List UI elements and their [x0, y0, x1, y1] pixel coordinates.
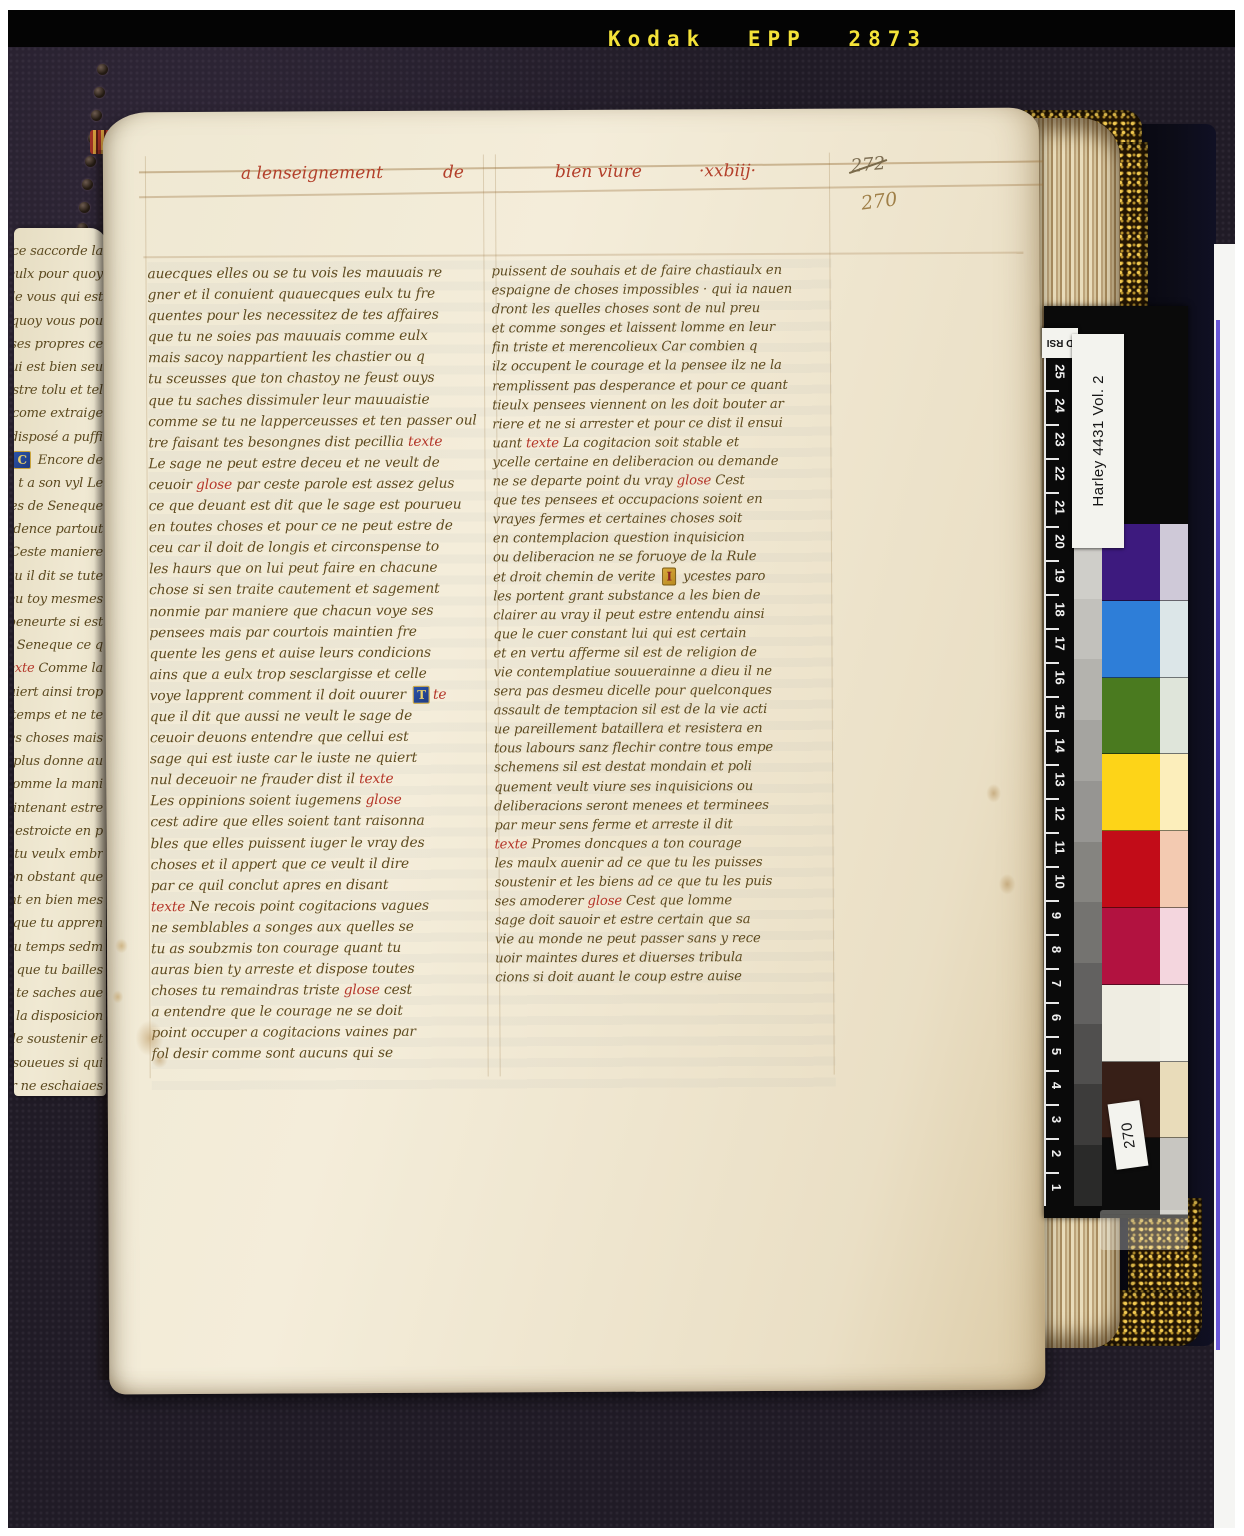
- ink-text: uant: [492, 434, 526, 453]
- grayscale-step: [1074, 902, 1102, 963]
- manuscript-line: pensees mais par courtois maintien fre: [149, 621, 489, 644]
- manuscript-line: Le sage ne peut estre deceu et ne veult …: [148, 452, 488, 475]
- ink-text: remplissent pas desperance et pour ce qu…: [492, 375, 788, 396]
- manuscript-line: Les oppinions soient iugemens glose: [150, 790, 490, 813]
- facing-page-text: a ce saccorde laeulx pour quoyes de vous…: [14, 240, 103, 1090]
- ink-text: es de vous qui est: [14, 286, 103, 309]
- manuscript-line: temps et ne te: [14, 704, 103, 727]
- ruler-tick: 8: [1046, 934, 1076, 968]
- bead: [94, 87, 105, 98]
- manuscript-line: est estroicte en p: [14, 820, 103, 843]
- rubric-word: glose: [677, 471, 712, 490]
- manuscript-line: s prudence partout: [14, 518, 103, 541]
- parchment-stain: [999, 874, 1016, 895]
- manuscript-line: et comme songes et laissent lomme en leu…: [492, 318, 830, 339]
- parchment-stain: [112, 990, 123, 1003]
- ink-text: sage qui est iuste car le iuste ne quier…: [150, 748, 417, 770]
- manuscript-line: fin triste et merencolieux Car combien q: [492, 337, 830, 358]
- ruler-tick: 5: [1046, 1036, 1076, 1070]
- manuscript-line: s ou soueues si qui: [14, 1052, 103, 1075]
- manuscript-line: ce que deuant est dit que le sage est po…: [149, 494, 489, 517]
- manuscript-line: bles que elles puissent iuger le vray de…: [150, 832, 490, 855]
- running-header-part: ·xxbiij·: [699, 161, 756, 181]
- bead: [91, 110, 102, 121]
- ruler-tick: 3: [1046, 1104, 1076, 1138]
- ink-text: t a son vyl Le: [18, 472, 103, 495]
- ink-text: et en vertu afferme sil est de religion …: [493, 643, 756, 663]
- manuscript-line: remplissent pas desperance et pour ce qu…: [492, 375, 830, 396]
- text-column-left: auecques elles ou se tu vois les mauuais…: [147, 262, 491, 1065]
- ink-text: choses et il appert que ce veult il dire: [151, 853, 410, 875]
- running-header-part: a lenseignement: [241, 163, 383, 184]
- ruler-tick: 15: [1046, 696, 1076, 730]
- manuscript-line: ne semblables a songes aux quelles se: [151, 916, 491, 939]
- ink-text: plus donne au: [14, 750, 103, 773]
- manuscript-line: que tu saches dissimuler leur mauuaistie: [148, 389, 488, 412]
- ink-text: sera pas desmeu dicelle pour quelconques: [494, 681, 772, 702]
- manuscript-line: fol desir comme sont aucuns qui se: [152, 1043, 492, 1066]
- ink-text: choses tu remaindras triste: [151, 980, 344, 1002]
- film-label: Kodak EPP 2873: [608, 27, 927, 51]
- manuscript-line: schemens sil est destat mondain et poli: [494, 757, 832, 778]
- ink-text: tu as soubzmis ton courage quant tu: [151, 938, 401, 960]
- ink-text: ceuoir: [149, 475, 197, 496]
- ink-text: auras bien ty arreste et dispose toutes: [151, 959, 415, 981]
- manuscript-line: ne se departe point du vray glose Cest: [493, 471, 831, 492]
- manuscript-line: ue pareillement bataillera et resistera …: [494, 719, 832, 740]
- ruler-number: 11: [1052, 841, 1067, 855]
- ink-text: Comme la: [35, 657, 104, 680]
- color-patch: [1102, 908, 1160, 985]
- manuscript-line: nue que tu bailles: [14, 959, 103, 982]
- ink-text: ces choses mais: [14, 727, 103, 750]
- ink-text: vrayes fermes et certaines choses soit: [493, 509, 742, 529]
- manuscript-line: ose. Ceste maniere: [14, 541, 103, 564]
- ink-text: en toutes choses et pour ce ne peut estr…: [149, 516, 453, 539]
- manuscript-line: par meur sens ferme et arreste il dit: [494, 814, 832, 835]
- ink-text: ou il dit se tute: [14, 565, 103, 588]
- manuscript-line: ceuoir deuons entendre que cellui est: [150, 727, 490, 750]
- folio-number-old: 272: [850, 153, 886, 177]
- grayscale-step: [1074, 1084, 1102, 1145]
- manuscript-line: ilz occupent le courage et la pensee ilz…: [492, 356, 830, 377]
- ruler-number: 6: [1049, 1014, 1064, 1021]
- ink-text: les maulx auenir ad ce que tu les puisse…: [495, 853, 763, 873]
- manuscript-line: ains que a eulx trop sesclargisse et cel…: [150, 663, 490, 686]
- manuscript-line: espaigne de choses impossibles · qui ia …: [492, 280, 830, 301]
- ink-text: Le sage ne peut estre deceu et ne veult …: [148, 453, 439, 476]
- manuscript-line: u come extraige: [14, 402, 103, 425]
- illuminated-initial: T: [413, 686, 430, 704]
- ruler-tick: 19: [1046, 560, 1076, 594]
- ruler-number: 15: [1053, 704, 1068, 718]
- manuscript-line: auras bien ty arreste et dispose toutes: [151, 959, 491, 982]
- pale-color-patch: [1160, 1138, 1188, 1215]
- color-patch: [1102, 678, 1160, 755]
- manuscript-line: que tes pensees et occupacions soient en: [493, 490, 831, 511]
- ruler-number: 3: [1049, 1116, 1064, 1123]
- manuscript-line: maintenant estre: [14, 797, 103, 820]
- ink-text: soustenir et les biens ad ce que tu les …: [495, 872, 773, 893]
- ink-text: cions si doit auant le coup estre auise: [495, 968, 742, 988]
- ruler-tick: 6: [1046, 1002, 1076, 1036]
- ink-text: s prudence partout: [14, 518, 103, 541]
- manuscript-line: comme la mani: [14, 773, 103, 796]
- photo-border: [0, 0, 1244, 10]
- running-header-part: bien viure: [555, 162, 642, 182]
- ink-text: vie contemplatiue souuerainne a dieu il …: [494, 662, 772, 683]
- photo-border: [1235, 0, 1244, 1536]
- pale-color-patch: [1160, 1062, 1188, 1139]
- color-patch: [1102, 985, 1160, 1062]
- ink-text: que tes pensees et occupacions soient en: [493, 490, 763, 511]
- ruler-number: 7: [1049, 980, 1064, 987]
- ruler-number: 1: [1049, 1184, 1064, 1191]
- manuscript-line: t qui est bien seu: [14, 356, 103, 379]
- ink-text: ne se departe point du vray: [493, 471, 677, 491]
- ink-text: ycestes paro: [679, 566, 765, 586]
- ruler-number: 22: [1053, 466, 1068, 480]
- manuscript-line: mouuoir ne eschaiges: [14, 1075, 103, 1090]
- ink-text: que il dit que aussi ne veult le sage de: [150, 706, 412, 728]
- manuscript-line: tu te saches aue: [14, 982, 103, 1005]
- manuscript-line: nul deceuoir ne frauder dist il texte: [150, 769, 490, 792]
- pale-color-patch: [1160, 831, 1188, 908]
- rubric-word: texte: [14, 657, 35, 680]
- manuscript-line: comme se tu ne lapperceusses et ten pass…: [148, 410, 488, 433]
- ink-text: voye lapprent comment il doit ouurer: [150, 685, 411, 707]
- ink-text: point occuper a cogitacions vaines par: [151, 1022, 415, 1044]
- ruler-tick: 2: [1046, 1138, 1076, 1172]
- ruler-number: 24: [1053, 398, 1068, 412]
- manuscript-line: puissent de souhais et de faire chastiau…: [491, 261, 829, 282]
- ink-text: es de Seneque: [14, 495, 103, 518]
- manuscript-line: cest adire que elles soient tant raisonn…: [150, 811, 490, 834]
- manuscript-line: vie au monde ne peut passer sans y rece: [495, 929, 833, 950]
- ink-text: dront les quelles choses sont de nul pre…: [492, 299, 760, 319]
- ruler-number: 16: [1053, 670, 1068, 684]
- photo-border: [0, 0, 8, 1536]
- manuscript-line: sage qui est iuste car le iuste ne quier…: [150, 748, 490, 771]
- ruler-number: 25: [1053, 364, 1068, 378]
- manuscript-line: tu sceusses que ton chastoy ne feust ouy…: [148, 368, 488, 391]
- manuscript-line: uant texte La cogitacion soit stable et: [492, 432, 830, 453]
- manuscript-line: t disposé a puffi: [14, 426, 103, 449]
- manuscript-line: quement veult viure ses inquisicions ou: [494, 776, 832, 797]
- manuscript-line: et en vertu afferme sil est de religion …: [493, 643, 831, 664]
- ruler-number: 5: [1049, 1048, 1064, 1055]
- grayscale-step: [1074, 1024, 1102, 1085]
- shelfmark-text: Harley 4431 Vol. 2: [1090, 375, 1107, 507]
- ink-text: sage doit sauoir et estre certain que sa: [495, 910, 751, 930]
- ink-text: Les oppinions soient iugemens: [150, 790, 365, 812]
- film-edge-line: [1216, 320, 1220, 1350]
- manuscript-line: tre faisant tes besongnes dist pecillia …: [148, 431, 488, 454]
- ink-text: Cest: [711, 471, 745, 490]
- ink-text: Promes doncques a ton courage: [527, 834, 741, 854]
- manuscript-line: ycelle certaine en deliberacion ou deman…: [492, 452, 830, 473]
- manuscript-line: ces choses mais: [14, 727, 103, 750]
- ink-text: ses amoderer: [495, 892, 588, 912]
- manuscript-line: estre tolu et tel: [14, 379, 103, 402]
- ink-text: tu te saches aue: [14, 982, 103, 1005]
- ink-text: ses propres ce: [14, 333, 103, 356]
- ink-text: les haurs que on lui peut faire en chacu…: [149, 558, 437, 581]
- manuscript-line: es de vous qui est: [14, 286, 103, 309]
- manuscript-line: us au temps sedm: [14, 936, 103, 959]
- ink-text: a ce saccorde la: [14, 240, 103, 263]
- ink-text: bles que elles puissent iuger le vray de…: [150, 832, 424, 855]
- manuscript-line: ure Seneque ce q: [14, 634, 103, 657]
- manuscript-line: texte Ne recois point cogitacions vagues: [151, 895, 491, 918]
- ruler-tick: 9: [1046, 900, 1076, 934]
- grayscale-step: [1074, 1145, 1102, 1206]
- ink-text: stant en bien mes: [14, 889, 103, 912]
- pale-color-patch: [1160, 754, 1188, 831]
- ink-text: tieulx pensees viennent on les doit bout…: [492, 395, 784, 416]
- folio-chip-text: 270: [1118, 1121, 1139, 1150]
- manuscript-line: en contemplacion question inquisicion: [493, 528, 831, 549]
- manuscript-line: uoir maintes dures et diuerses tribula: [495, 948, 833, 969]
- manuscript-line: et beneurte si est: [14, 611, 103, 634]
- ink-text: deliberacions seront menees et terminees: [494, 796, 769, 817]
- pale-color-patch: [1160, 524, 1188, 601]
- manuscript-line: te que tu appren: [14, 912, 103, 935]
- ruler-number: 2: [1049, 1150, 1064, 1157]
- ink-text: se tu veulx embr: [14, 843, 103, 866]
- manuscript-line: que il dit que aussi ne veult le sage de: [150, 705, 490, 728]
- ink-text: uoir maintes dures et diuerses tribula: [495, 948, 743, 968]
- manuscript-line: C plus donne au: [14, 750, 103, 773]
- ink-text: s dieu toy mesmes: [14, 588, 103, 611]
- rubric-word: glose: [196, 475, 232, 496]
- ink-text: mais sacoy nappartient les chastier ou q: [148, 347, 425, 370]
- ink-text: les portent grant substance a les bien d…: [493, 586, 760, 606]
- rubric-word: texte: [151, 897, 186, 918]
- manuscript-line: ou deliberacion ne se foruoye de la Rule: [493, 547, 831, 568]
- manuscript-line: texte Promes doncques a ton courage: [494, 833, 832, 854]
- ink-text: us au temps sedm: [14, 936, 103, 959]
- pale-color-patch: [1160, 678, 1188, 755]
- ink-text: par ce quil conclut apres en disant: [151, 875, 389, 897]
- parchment-stain: [986, 784, 1001, 803]
- ink-text: maintenant estre: [14, 797, 103, 820]
- ruler-number: 21: [1053, 500, 1068, 514]
- ink-text: ne semblables a songes aux quelles se: [151, 917, 414, 939]
- ink-text: auecques elles ou se tu vois les mauuais…: [147, 263, 442, 286]
- text-column-right: puissent de souhais et de faire chastiau…: [491, 261, 833, 988]
- color-patch: [1102, 754, 1160, 831]
- color-patch: [1102, 601, 1160, 678]
- ink-text: Encore de: [34, 449, 103, 472]
- ink-text: fol desir comme sont aucuns qui se: [152, 1043, 393, 1065]
- grayscale-step: [1074, 720, 1102, 781]
- ink-text: fin triste et merencolieux Car combien q: [492, 337, 758, 357]
- ink-text: puissent de souhais et de faire chastiau…: [491, 261, 782, 282]
- ink-text: quentes pour les necessitez de tes affai…: [148, 305, 439, 328]
- manuscript-line: voye lapprent comment il doit ouurer Tte: [150, 684, 490, 707]
- ruling-line: [143, 252, 1023, 258]
- ink-text: de quoy vous pou: [14, 310, 103, 333]
- ink-text: ycelle certaine en deliberacion ou deman…: [492, 452, 778, 473]
- ruler-tick: 18: [1046, 594, 1076, 628]
- facing-page-edge: a ce saccorde laeulx pour quoyes de vous…: [14, 228, 106, 1096]
- ink-text: ou deliberacion ne se foruoye de la Rule: [493, 547, 756, 567]
- ink-text: a la disposicion: [14, 1005, 103, 1028]
- manuscript-line: stant en bien mes: [14, 889, 103, 912]
- ruler-tick: 14: [1046, 730, 1076, 764]
- manuscript-page: a lenseignement de bien viure ·xxbiij· 2…: [103, 108, 1046, 1395]
- manuscript-line: cions si doit auant le coup estre auise: [495, 967, 833, 988]
- ruler-number: 13: [1053, 772, 1068, 786]
- ink-text: que tu ne soies pas mauuais comme eulx: [148, 326, 428, 349]
- ink-text: quement veult viure ses inquisicions ou: [494, 777, 753, 797]
- ink-text: clairer au vray il peut estre entendu ai…: [493, 605, 764, 626]
- ink-text: s ou soueues si qui: [14, 1052, 103, 1075]
- parchment-stain: [152, 1052, 168, 1068]
- manuscript-line: en toutes choses et pour ce ne peut estr…: [149, 516, 489, 539]
- manuscript-line: es de Seneque: [14, 495, 103, 518]
- ruler-tick: 4: [1046, 1070, 1076, 1104]
- parchment-stain: [135, 1020, 163, 1056]
- ruler-number: 9: [1049, 912, 1064, 919]
- manuscript-line: choses tu remaindras triste glose cest: [151, 980, 491, 1003]
- manuscript-line: eulx pour quoy: [14, 263, 103, 286]
- ink-text: comme se tu ne lapperceusses et ten pass…: [148, 410, 477, 433]
- ink-text: vie au monde ne peut passer sans y rece: [495, 929, 761, 949]
- ink-text: cest adire que elles soient tant raisonn…: [150, 811, 424, 834]
- ruler-number: 10: [1053, 874, 1068, 888]
- manuscript-line: choses et il appert que ce veult il dire: [151, 853, 491, 876]
- manuscript-line: quente les gens et auise leurs condicion…: [149, 642, 489, 665]
- rubric-word: texte: [408, 431, 443, 452]
- manuscript-line: chose si sen traite cautement et sagemen…: [149, 579, 489, 602]
- ink-text: t qui est bien seu: [14, 356, 103, 379]
- ink-text: La cogitacion soit stable et: [559, 433, 739, 453]
- ruler-tick: 17: [1046, 628, 1076, 662]
- ink-text: et beneurte si est: [14, 611, 103, 634]
- ink-text: et comme songes et laissent lomme en leu…: [492, 318, 775, 339]
- manuscript-line: riere et ne si arrester et pour ce dist …: [492, 413, 830, 434]
- ruler-number: 23: [1053, 432, 1068, 446]
- manuscript-line: tu as soubzmis ton courage quant tu: [151, 937, 491, 960]
- ink-text: par ceste parole est assez gelus: [232, 474, 454, 496]
- ruler-number: 4: [1049, 1082, 1064, 1089]
- manuscript-line: quiert ainsi trop: [14, 681, 103, 704]
- ink-text: nonmie par maniere que chacun voye ses: [149, 600, 433, 623]
- ink-text: est estroicte en p: [14, 820, 103, 843]
- rubric-word: glose: [366, 790, 402, 811]
- manuscript-line: deliberacions seront menees et terminees: [494, 795, 832, 816]
- film-strip-bar: Kodak EPP 2873: [8, 10, 1236, 47]
- manuscript-line: ceuoir glose par ceste parole est assez …: [149, 473, 489, 496]
- pale-color-patch: [1160, 908, 1188, 985]
- manuscript-line: les haurs que on lui peut faire en chacu…: [149, 558, 489, 581]
- pale-color-patch: [1160, 601, 1188, 678]
- ink-text: comme la mani: [14, 773, 103, 796]
- ink-text: estre tolu et tel: [14, 379, 103, 402]
- manuscript-line: soustenir et les biens ad ce que tu les …: [495, 872, 833, 893]
- manuscript-line: t a son vyl Le: [14, 472, 103, 495]
- grayscale-step: [1074, 659, 1102, 720]
- ink-text: ce que deuant est dit que le sage est po…: [149, 495, 462, 518]
- color-patch: [1102, 831, 1160, 908]
- manuscript-line: ou il dit se tute: [14, 565, 103, 588]
- manuscript-line: sera pas desmeu dicelle pour quelconques: [494, 681, 832, 702]
- manuscript-line: dront les quelles choses sont de nul pre…: [492, 299, 830, 320]
- pale-color-patch: [1160, 985, 1188, 1062]
- manuscript-line: C Encore de: [14, 449, 103, 472]
- ink-text: u come extraige: [14, 402, 103, 425]
- rubric-word: glose: [344, 980, 380, 1001]
- bead: [79, 202, 90, 213]
- ruler-tick: 7: [1046, 968, 1076, 1002]
- ink-text: tu sceusses que ton chastoy ne feust ouy…: [148, 368, 434, 391]
- bead: [97, 64, 108, 75]
- ink-text: t disposé a puffi: [14, 426, 103, 449]
- manuscript-line: sage doit sauoir et estre certain que sa: [495, 910, 833, 931]
- manuscript-line: les maulx auenir ad ce que tu les puisse…: [495, 853, 833, 874]
- manuscript-line: mais sacoy nappartient les chastier ou q: [148, 347, 488, 370]
- ink-text: tre faisant tes besongnes dist pecillia: [148, 432, 408, 454]
- manuscript-line: que le cuer constant lui qui est certain: [493, 623, 831, 644]
- rubric-word: texte: [494, 835, 527, 854]
- ruling-line: [139, 184, 1043, 198]
- manuscript-line: assault de temptacion sil est de la vie …: [494, 700, 832, 721]
- ruler-number: 17: [1053, 636, 1068, 650]
- manuscript-line: les portent grant substance a les bien d…: [493, 585, 831, 606]
- illuminated-initial: I: [662, 568, 676, 586]
- folio-number-new: 270: [860, 188, 899, 214]
- ruler-number: 8: [1049, 946, 1064, 953]
- plastic-tail: [1100, 1210, 1188, 1250]
- ruler-tick: 13: [1046, 764, 1076, 798]
- ink-text: que tu saches dissimuler leur mauuaistie: [148, 389, 429, 412]
- rubric-word: te: [433, 685, 447, 706]
- manuscript-line: auecques elles ou se tu vois les mauuais…: [147, 262, 487, 285]
- ruler-number: 18: [1053, 602, 1068, 616]
- manuscript-line: vie contemplatiue souuerainne a dieu il …: [494, 662, 832, 683]
- ink-text: schemens sil est destat mondain et poli: [494, 758, 752, 778]
- ink-text: Cest que lomme: [622, 891, 732, 911]
- ink-text: tous labours sanz flechir contre tous em…: [494, 738, 773, 759]
- parchment-stain: [115, 938, 128, 953]
- ink-text: ue pareillement bataillera et resistera …: [494, 719, 763, 739]
- manuscript-line: nonmie par maniere que chacun voye ses: [149, 600, 489, 623]
- manuscript-line: vrayes fermes et certaines choses soit: [493, 509, 831, 530]
- grayscale-step: [1074, 781, 1102, 842]
- ink-text: ilz occupent le courage et la pensee ilz…: [492, 356, 782, 377]
- ink-text: par meur sens ferme et arreste il dit: [494, 815, 732, 835]
- manuscript-line: et droit chemin de verite I ycestes paro: [493, 566, 831, 587]
- manuscript-line: par ce quil conclut apres en disant: [151, 874, 491, 897]
- manuscript-line: point occuper a cogitacions vaines par: [151, 1022, 491, 1045]
- manuscript-line: de quoy vous pou: [14, 310, 103, 333]
- ink-text: quiert ainsi trop: [14, 681, 103, 704]
- ink-text: quente les gens et auise leurs condicion…: [149, 642, 431, 665]
- ink-text: gner et il conuient quauecques eulx tu f…: [148, 284, 436, 307]
- ruler-number: 14: [1053, 738, 1068, 752]
- ink-text: nue que tu bailles: [14, 959, 103, 982]
- manuscript-line: a la disposicion: [14, 1005, 103, 1028]
- ink-text: nul deceuoir ne frauder dist il: [150, 769, 359, 791]
- ink-text: ceuoir deuons entendre que cellui est: [150, 727, 409, 749]
- manuscript-line: tieulx pensees viennent on les doit bout…: [492, 394, 830, 415]
- ink-text: ceu car il doit de longis et circonspens…: [149, 537, 439, 560]
- manuscript-line: a entendre que le courage ne se doit: [151, 1001, 491, 1024]
- ruler-tick: 11: [1046, 832, 1076, 866]
- ruler-tick: 10: [1046, 866, 1076, 900]
